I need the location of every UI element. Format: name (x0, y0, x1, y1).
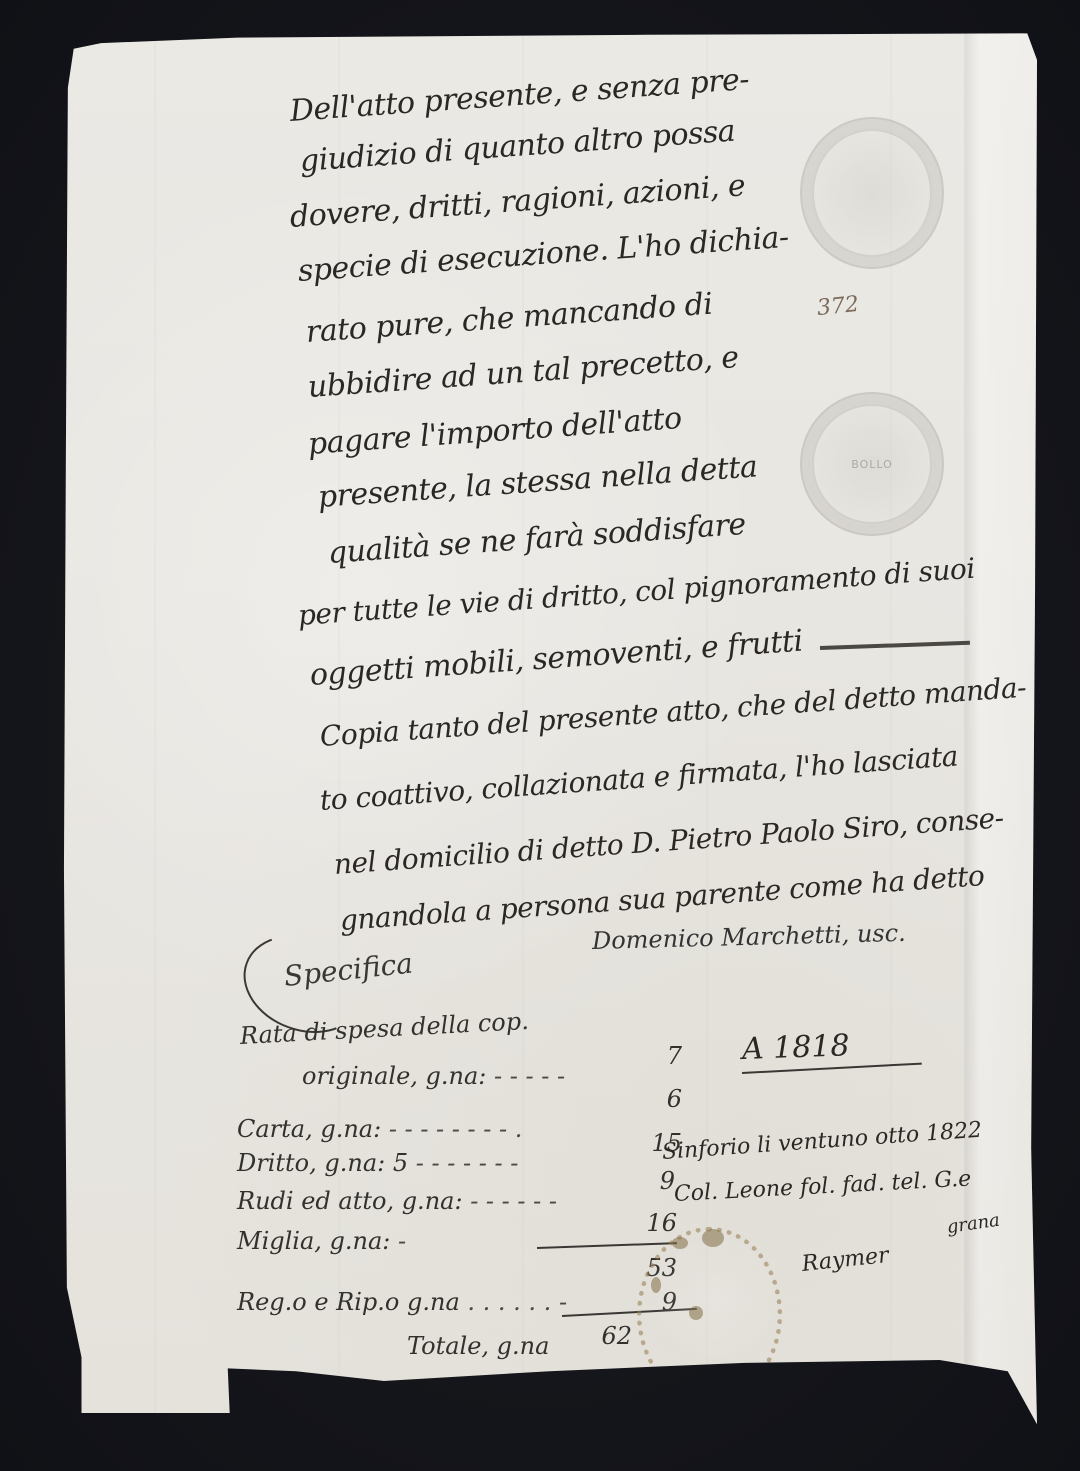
fee-value: 6 (642, 1085, 682, 1113)
body-line-5: rato pure, che mancando di (305, 287, 714, 350)
fee-label: Dritto, g.na: 5 (237, 1149, 408, 1177)
fee-value: 9 (635, 1167, 675, 1195)
total-row: Totale, g.na 62 (407, 1332, 549, 1360)
registration-signature: Raymer (801, 1243, 890, 1277)
fee-row: Reg.o e Rip.o g.na . . . . . . - 9 (237, 1288, 567, 1316)
year-mark: A 1818 (741, 1028, 850, 1067)
fee-label: Reg.o e Rip.o g.na (237, 1288, 460, 1316)
leader-dots: - - - - - - (470, 1187, 557, 1215)
body-line-8: presente, la stessa nella detta (317, 449, 759, 515)
fee-row: Rudi ed atto, g.na: - - - - - - 9 (237, 1187, 557, 1215)
body-line-3: dovere, dritti, ragioni, azioni, e (289, 168, 747, 235)
body-line-9: qualità se ne farà soddisfare (327, 507, 747, 571)
body-line-6: ubbidire ad un tal precetto, e (307, 340, 740, 405)
margin-number: 372 (816, 292, 860, 321)
fee-value: 16 (637, 1209, 677, 1237)
stain (651, 1277, 661, 1293)
subtotal-rule (537, 1242, 677, 1248)
document-sheet: BOLLO 372 Dell'atto presente, e senza pr… (62, 32, 1037, 1427)
fee-row: Miglia, g.na: - 16 (237, 1227, 406, 1255)
leader-dots: - - - - - - - (416, 1149, 519, 1177)
fee-label: originale, g.na: (302, 1062, 486, 1090)
body-line-13: to coattivo, collazionata e firmata, l'h… (319, 739, 959, 817)
fee-label: Carta, g.na: (237, 1115, 381, 1143)
total-value: 62 (592, 1322, 632, 1350)
stain (672, 1237, 688, 1249)
registration-line-1: Sinforio li ventuno otto 1822 (661, 1118, 983, 1165)
embossed-seal-upper (800, 117, 944, 269)
body-line-11: oggetti mobili, semoventi, e frutti (309, 624, 804, 693)
fee-label: Rudi ed atto, g.na: (237, 1187, 463, 1215)
leader-dots: - - - - - - - - . (389, 1115, 523, 1143)
line-filler-stroke (820, 641, 970, 650)
usher-signature: Domenico Marchetti, usc. (592, 919, 906, 955)
leader-dots: . . . . . . - (467, 1288, 567, 1316)
seal-text: BOLLO (802, 394, 942, 534)
fee-value: 7 (642, 1042, 682, 1070)
stain (702, 1229, 724, 1247)
body-line-7: pagare l'importo dell'atto (307, 401, 683, 462)
fee-row: Dritto, g.na: 5 - - - - - - - 15 (237, 1149, 518, 1177)
stain (689, 1306, 703, 1320)
body-line-4: specie di esecuzione. L'ho dichia- (297, 220, 790, 289)
total-label: Totale, g.na (407, 1332, 549, 1360)
fee-label: Miglia, g.na: (237, 1227, 390, 1255)
fee-row: originale, g.na: - - - - - 7 (302, 1062, 565, 1090)
fee-row: Carta, g.na: - - - - - - - - . 6 (237, 1115, 522, 1143)
registration-line-2: Col. Leone fol. fad. tel. G.e (673, 1166, 971, 1207)
embossed-seal-lower: BOLLO (800, 392, 944, 536)
leader-dots: - - - - - (494, 1062, 565, 1090)
ink-stamp-seal (637, 1227, 782, 1402)
leader-dots: - (398, 1227, 406, 1255)
